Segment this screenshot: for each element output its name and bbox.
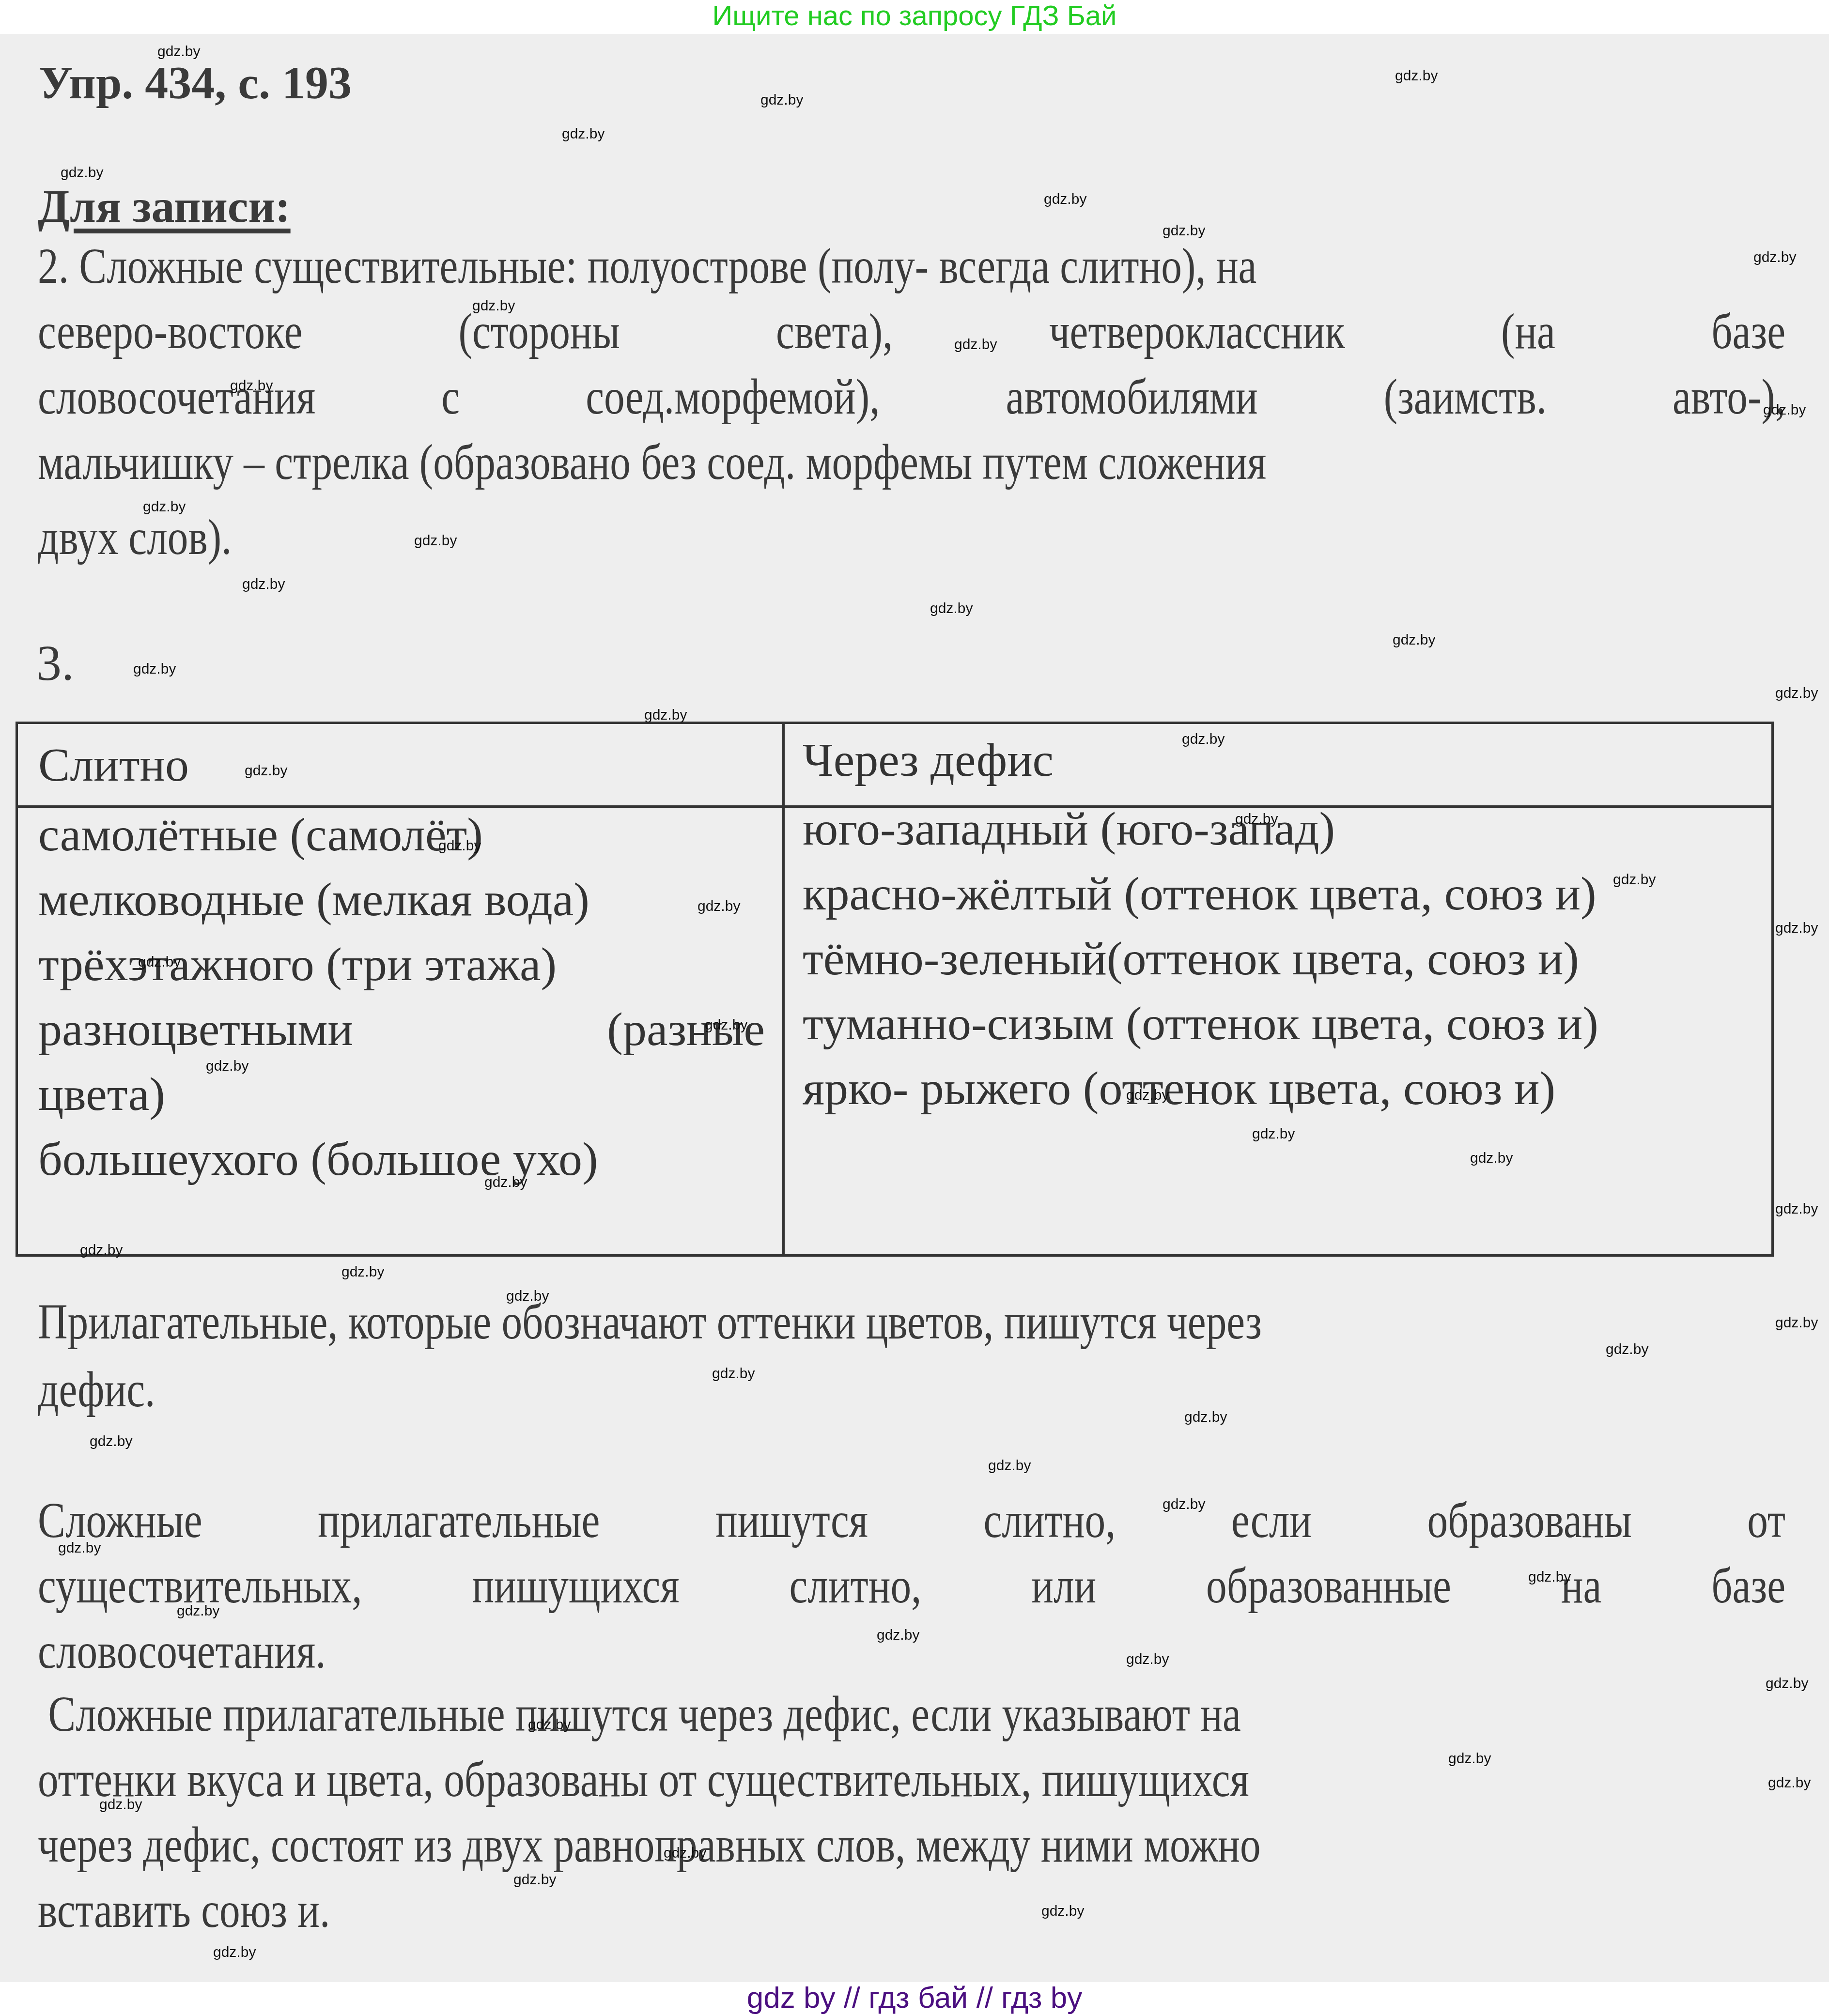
table-cell: мелководные (мелкая вода) xyxy=(38,867,589,932)
exercise-title: Упр. 434, с. 193 xyxy=(39,56,352,109)
watermark: gdz.by xyxy=(138,954,181,970)
watermark: gdz.by xyxy=(414,533,457,549)
watermark: gdz.by xyxy=(1395,68,1438,84)
section-heading: Для записи: xyxy=(38,179,291,233)
watermark: gdz.by xyxy=(143,499,186,515)
watermark: gdz.by xyxy=(562,126,604,142)
watermark: gdz.by xyxy=(133,661,176,677)
table-cell: цвета) xyxy=(38,1062,165,1127)
table-cell: красно-жёлтый (оттенок цвета, союз и) xyxy=(803,862,1596,926)
watermark: gdz.by xyxy=(1528,1569,1571,1585)
watermark: gdz.by xyxy=(90,1433,132,1450)
watermark: gdz.by xyxy=(1393,632,1435,648)
text-line: словосочетания с соед.морфемой), автомоб… xyxy=(38,368,1785,426)
watermark: gdz.by xyxy=(1766,1676,1808,1692)
text-line: дефис. xyxy=(38,1361,155,1419)
watermark: gdz.by xyxy=(99,1797,142,1813)
text-line: словосочетания. xyxy=(38,1622,326,1680)
watermark: gdz.by xyxy=(760,92,803,108)
text-line: Сложные прилагательные пишутся слитно, е… xyxy=(38,1492,1785,1550)
table-cell: самолётные (самолёт) xyxy=(38,802,483,867)
table-header-solid: Слитно xyxy=(38,733,189,798)
text-line: двух слов). xyxy=(38,508,232,567)
watermark: gdz.by xyxy=(1235,811,1278,828)
text-line: 2. Сложные существительные: полуострове … xyxy=(38,237,1785,295)
task3-number: 3. xyxy=(36,634,74,692)
watermark: gdz.by xyxy=(1775,920,1818,937)
text-line: вставить союз и. xyxy=(38,1881,330,1939)
table-header-hyphen: Через дефис xyxy=(803,728,1054,793)
watermark: gdz.by xyxy=(712,1366,755,1382)
text-line: через дефис, состоят из двух равноправны… xyxy=(38,1816,1785,1874)
watermark: gdz.by xyxy=(506,1288,549,1305)
watermark: gdz.by xyxy=(705,1017,747,1033)
watermark: gdz.by xyxy=(1162,223,1205,239)
watermark: gdz.by xyxy=(472,298,515,314)
watermark: gdz.by xyxy=(61,165,103,181)
table-cell: юго-западный (юго-запад) xyxy=(803,797,1335,862)
watermark: gdz.by xyxy=(988,1458,1031,1474)
watermark: gdz.by xyxy=(1775,1201,1818,1217)
watermark: gdz.by xyxy=(438,838,481,854)
watermark: gdz.by xyxy=(1768,1775,1811,1791)
watermark: gdz.by xyxy=(1126,1087,1169,1104)
watermark: gdz.by xyxy=(242,576,285,593)
watermark: gdz.by xyxy=(528,1717,571,1733)
watermark: gdz.by xyxy=(1252,1126,1295,1142)
watermark: gdz.by xyxy=(1775,685,1818,702)
watermark: gdz.by xyxy=(1606,1341,1648,1358)
watermark: gdz.by xyxy=(1182,731,1224,748)
bottom-banner: gdz by // гдз бай // гдз by xyxy=(0,1982,1829,2016)
watermark: gdz.by xyxy=(1763,402,1806,418)
watermark: gdz.by xyxy=(1041,1903,1084,1920)
watermark: gdz.by xyxy=(230,378,273,394)
watermark: gdz.by xyxy=(1775,1315,1818,1331)
watermark: gdz.by xyxy=(644,707,687,723)
watermark: gdz.by xyxy=(1126,1651,1169,1668)
spelling-table: Слитно Через дефис самолётные (самолёт) … xyxy=(15,722,1774,1257)
watermark: gdz.by xyxy=(1470,1150,1513,1167)
watermark: gdz.by xyxy=(213,1944,256,1961)
watermark: gdz.by xyxy=(954,337,997,353)
watermark: gdz.by xyxy=(206,1058,248,1075)
column-divider xyxy=(782,724,785,1254)
text-line: Сложные прилагательные пишутся через деф… xyxy=(38,1685,1785,1743)
top-banner: Ищите нас по запросу ГДЗ Бай xyxy=(0,0,1829,34)
text-line: мальчишку – стрелка (образовано без соед… xyxy=(38,433,1785,492)
watermark: gdz.by xyxy=(1613,872,1656,888)
table-cell: ярко- рыжего (оттенок цвета, союз и) xyxy=(803,1056,1555,1121)
worksheet-page: Упр. 434, с. 193 Для записи: 2. Сложные … xyxy=(0,34,1829,1982)
watermark: gdz.by xyxy=(177,1603,219,1619)
watermark: gdz.by xyxy=(1184,1409,1227,1426)
table-cell: тёмно-зеленый(оттенок цвета, союз и) xyxy=(803,926,1579,991)
table-cell: туманно-сизым (оттенок цвета, союз и) xyxy=(803,991,1598,1056)
watermark: gdz.by xyxy=(664,1845,706,1862)
text-line: оттенки вкуса и цвета, образованы от сущ… xyxy=(38,1751,1785,1809)
text-line: Прилагательные, которые обозначают оттен… xyxy=(38,1293,1262,1351)
table-cell: разноцветными (разные xyxy=(38,997,765,1062)
text-line: северо-востоке (стороны света), четверок… xyxy=(38,303,1785,361)
table-cell: трёхэтажного (три этажа) xyxy=(38,932,557,997)
watermark: gdz.by xyxy=(80,1242,123,1259)
watermark: gdz.by xyxy=(1448,1751,1491,1767)
watermark: gdz.by xyxy=(157,44,200,60)
watermark: gdz.by xyxy=(1044,191,1086,208)
text-line: существительных, пишущихся слитно, или о… xyxy=(38,1557,1785,1615)
watermark: gdz.by xyxy=(484,1174,527,1191)
watermark: gdz.by xyxy=(58,1540,101,1556)
watermark: gdz.by xyxy=(1162,1496,1205,1513)
watermark: gdz.by xyxy=(697,898,740,915)
watermark: gdz.by xyxy=(245,763,287,779)
watermark: gdz.by xyxy=(930,600,973,617)
watermark: gdz.by xyxy=(1753,249,1796,266)
watermark: gdz.by xyxy=(341,1264,384,1280)
watermark: gdz.by xyxy=(877,1627,919,1644)
watermark: gdz.by xyxy=(513,1872,556,1888)
